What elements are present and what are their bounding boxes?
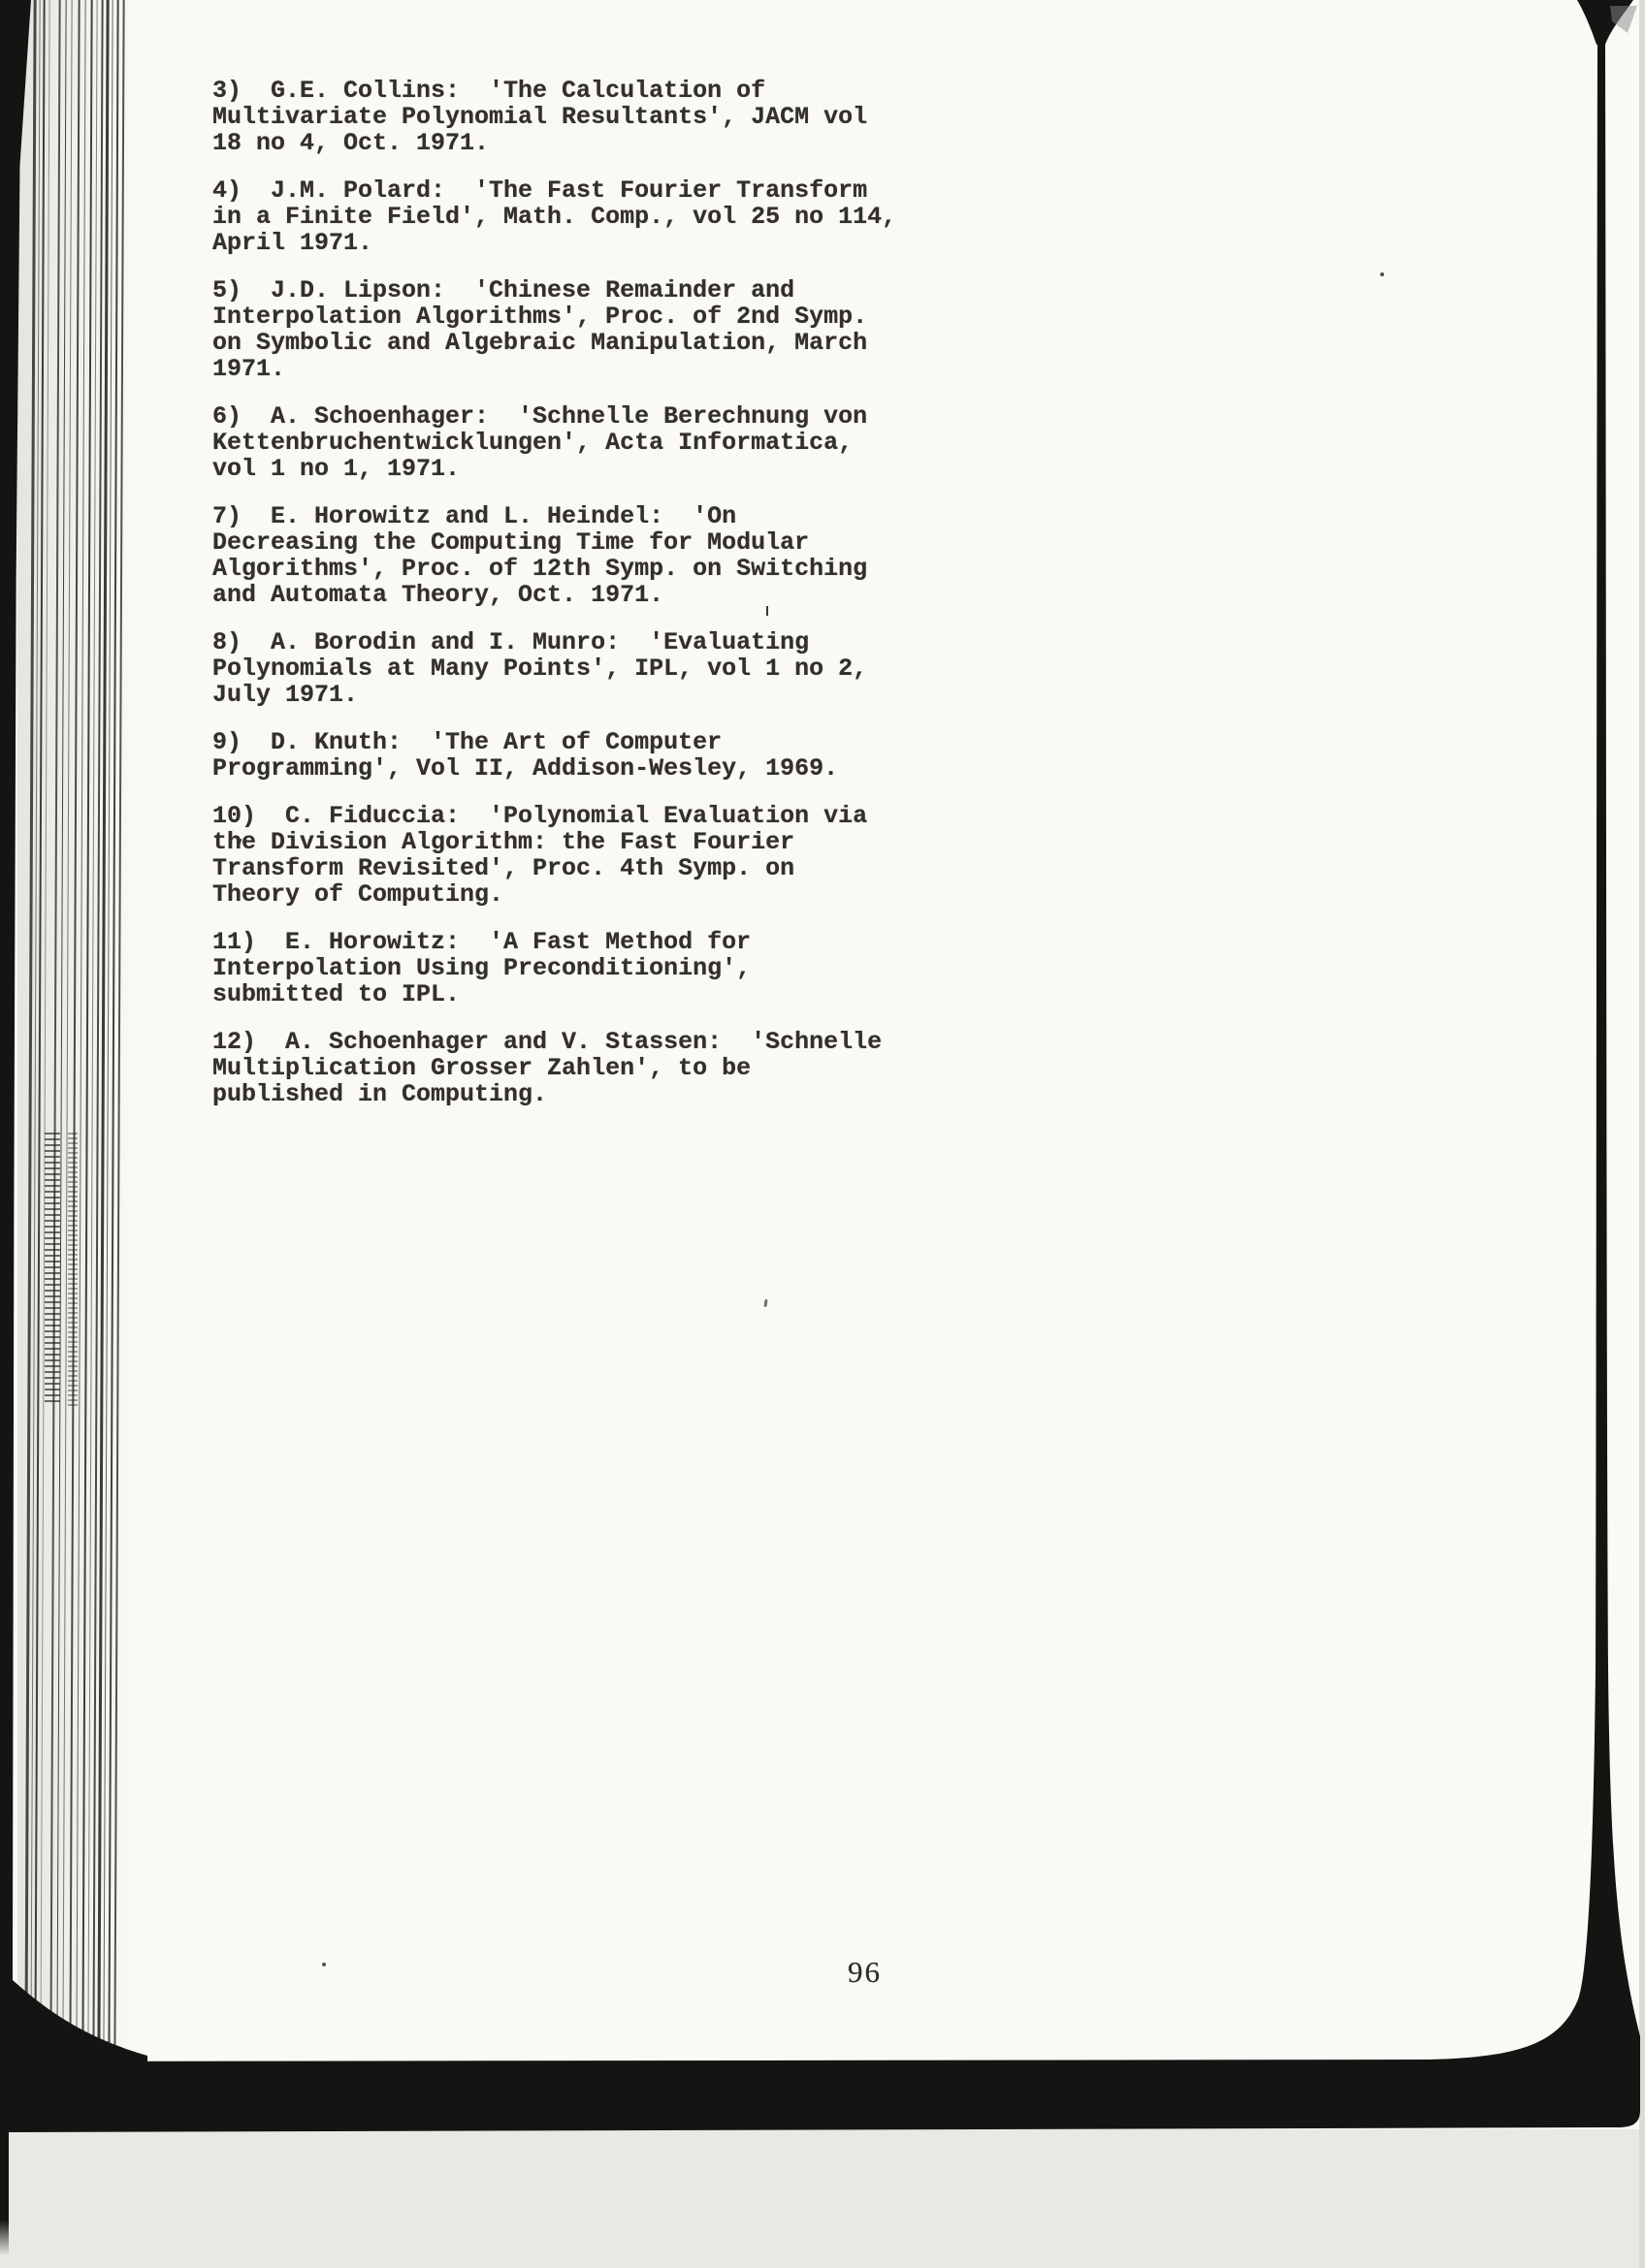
scanner-background-right <box>1639 0 1645 2268</box>
page-number: 96 <box>848 1955 882 1990</box>
references-list: 3) G.E. Collins: 'The Calculation of Mul… <box>212 78 911 1129</box>
reference-item-5: 5) J.D. Lipson: 'Chinese Remainder and I… <box>212 277 911 382</box>
scan-speck <box>1380 272 1384 276</box>
scan-speck <box>322 1963 326 1966</box>
reference-item-3: 3) G.E. Collins: 'The Calculation of Mul… <box>212 78 911 156</box>
reference-item-4: 4) J.M. Polard: 'The Fast Fourier Transf… <box>212 177 911 256</box>
scanned-page: 3) G.E. Collins: 'The Calculation of Mul… <box>0 0 1645 2268</box>
bottom-left-corner-merge <box>0 1968 147 2075</box>
reference-item-12: 12) A. Schoenhager and V. Stassen: 'Schn… <box>212 1029 911 1107</box>
reference-item-6: 6) A. Schoenhager: 'Schnelle Berechnung … <box>212 403 911 482</box>
reference-item-9: 9) D. Knuth: 'The Art of Computer Progra… <box>212 729 911 782</box>
reference-item-7: 7) E. Horowitz and L. Heindel: 'On Decre… <box>212 503 911 608</box>
left-strip-below-band <box>0 2129 9 2255</box>
scanner-background-bottom <box>0 2129 1645 2268</box>
reference-item-11: 11) E. Horowitz: 'A Fast Method for Inte… <box>212 929 911 1007</box>
top-right-gray-speckle <box>1610 6 1637 33</box>
scan-speck <box>766 606 768 616</box>
reference-item-10: 10) C. Fiduccia: 'Polynomial Evaluation … <box>212 803 911 908</box>
reference-item-8: 8) A. Borodin and I. Munro: 'Evaluating … <box>212 629 911 708</box>
